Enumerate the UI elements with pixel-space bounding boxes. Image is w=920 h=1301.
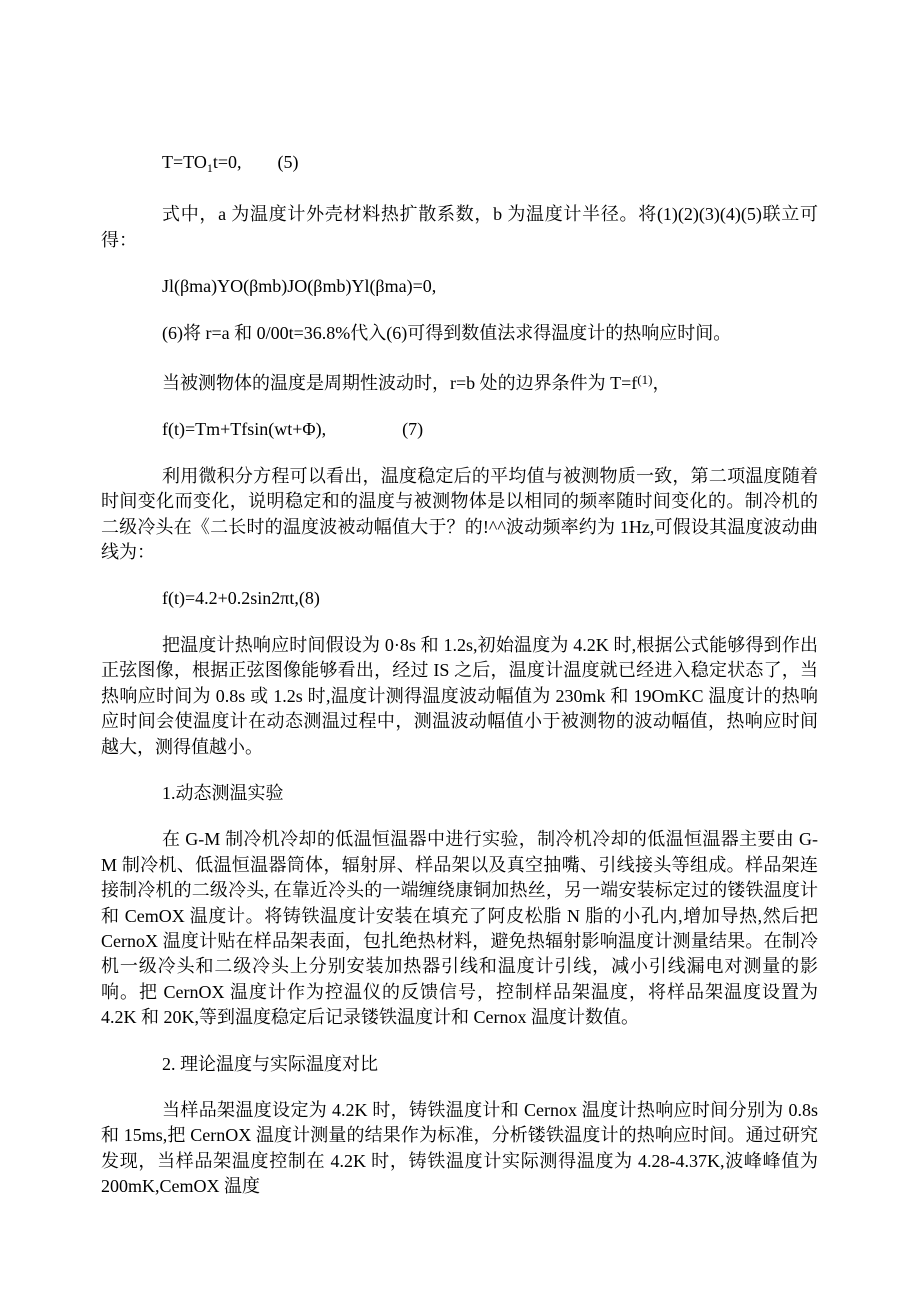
paragraph-symbol-note: 式中，a 为温度计外壳材料热扩散系数，b 为温度计半径。将(1)(2)(3)(4… — [101, 202, 818, 253]
paragraph-calculus-analysis: 利用微积分方程可以看出，温度稳定后的平均值与被测物质一致，第二项温度随着时间变化… — [101, 464, 818, 566]
equation-7-number: (7) — [402, 419, 423, 439]
equation-7-body: f(t)=Tm+Tfsin(wt+Φ), — [162, 419, 326, 439]
paragraph-substitution-note: (6)将 r=a 和 0/00t=36.8%代入(6)可得到数值法求得温度计的热… — [101, 321, 818, 346]
paragraph-response-assumption: 把温度计热响应时间假设为 0·8s 和 1.2s,初始温度为 4.2K 时,根据… — [101, 633, 818, 760]
equation-7: f(t)=Tm+Tfsin(wt+Φ),(7) — [101, 417, 818, 442]
boundary-condition-post: ， — [652, 373, 670, 393]
paragraph-boundary-condition: 当被测物体的温度是周期性波动时，r=b 处的边界条件为 T=f(1)， — [101, 367, 818, 396]
paragraph-comparison-analysis: 当样品架温度设定为 4.2K 时，铸铁温度计和 Cernox 温度计热响应时间分… — [101, 1098, 818, 1200]
equation-5: T=TO1t=0,(5) — [101, 150, 818, 181]
heading-dynamic-experiment: 1.动态测温实验 — [101, 781, 818, 806]
equation-5-pre: T=TO — [162, 152, 207, 172]
document-body: T=TO1t=0,(5) 式中，a 为温度计外壳材料热扩散系数，b 为温度计半径… — [101, 150, 818, 1221]
paragraph-experiment-setup: 在 G-M 制冷机冷却的低温恒温器中进行实验，制冷机冷却的低温恒温器主要由 G-… — [101, 827, 818, 1030]
equation-6: Jl(βma)YO(βmb)JO(βmb)Yl(βma)=0, — [101, 274, 818, 299]
boundary-condition-superscript: (1) — [637, 372, 652, 387]
heading-temperature-comparison: 2. 理论温度与实际温度对比 — [101, 1052, 818, 1077]
equation-8: f(t)=4.2+0.2sin2πt,(8) — [101, 586, 818, 611]
boundary-condition-pre: 当被测物体的温度是周期性波动时，r=b 处的边界条件为 T=f — [162, 373, 637, 393]
document-page: T=TO1t=0,(5) 式中，a 为温度计外壳材料热扩散系数，b 为温度计半径… — [0, 0, 920, 1301]
equation-5-number: (5) — [277, 152, 298, 172]
equation-5-post: t=0, — [213, 152, 242, 172]
